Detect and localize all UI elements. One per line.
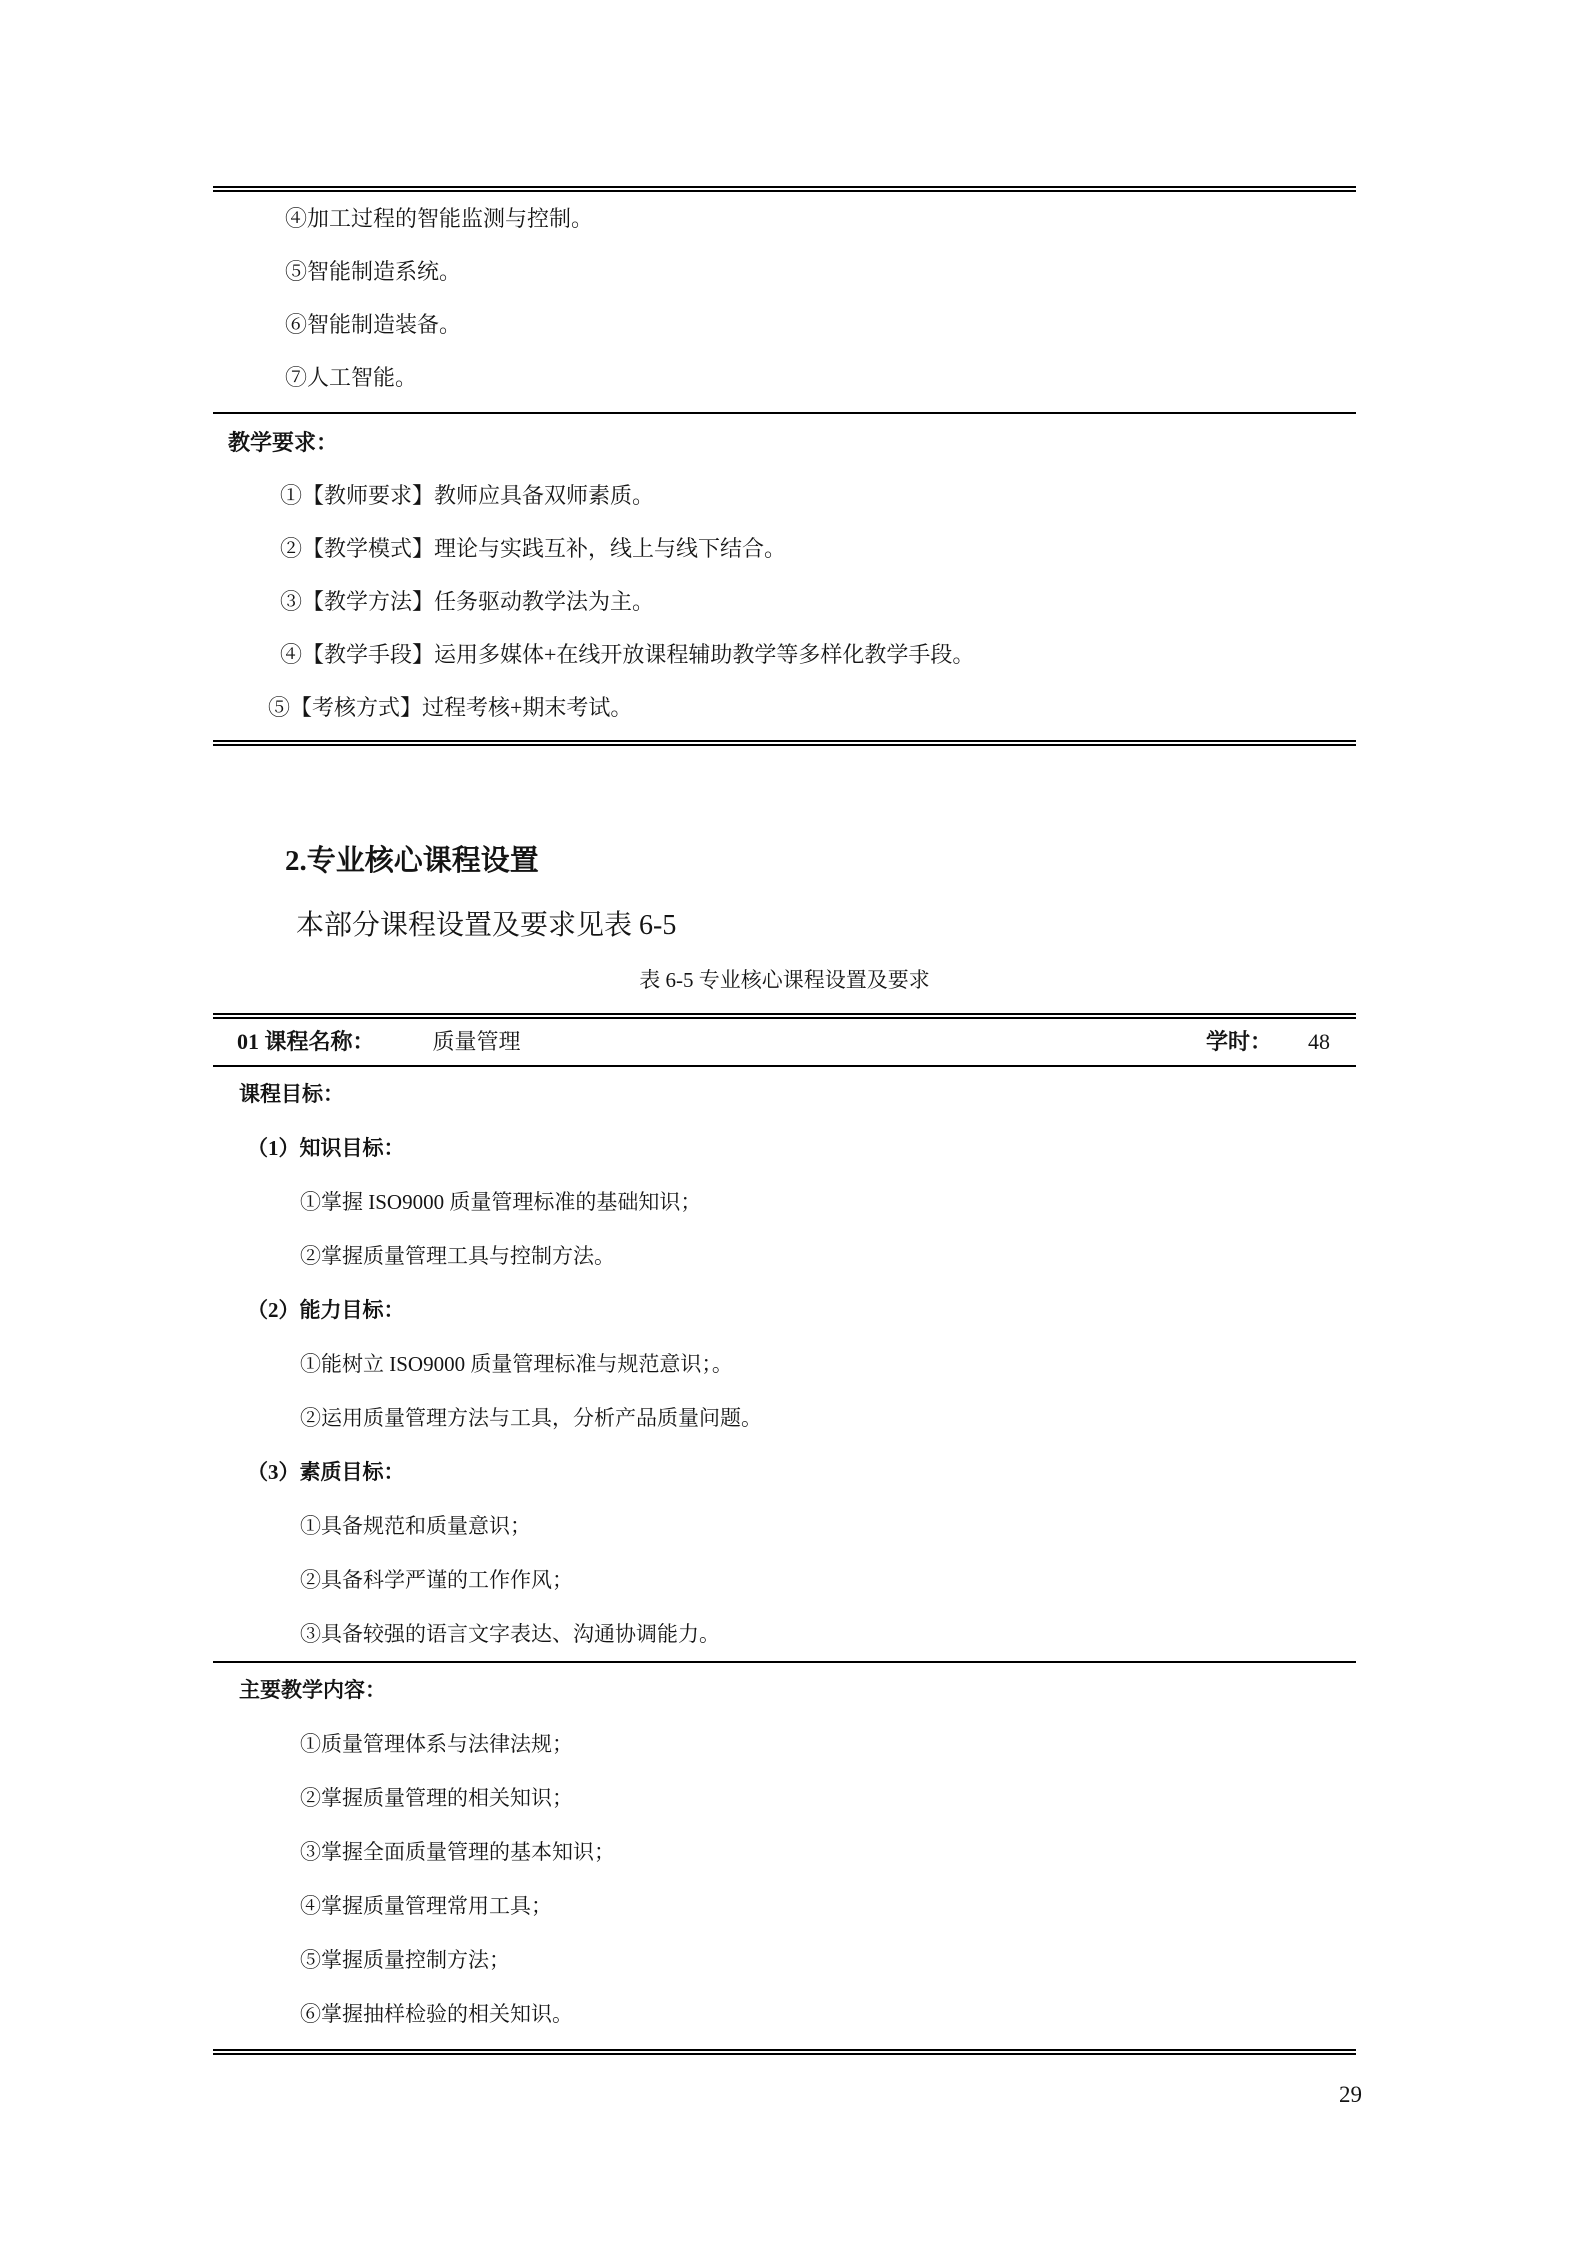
- course-no-label: 01 课程名称：: [237, 1029, 375, 1054]
- hours-label: 学时：: [1206, 1029, 1272, 1054]
- row-separator-line: [213, 412, 1356, 414]
- content-item: ⑤智能制造系统。: [213, 245, 1356, 298]
- course-header-right: 学时：48: [1206, 1019, 1330, 1065]
- requirement-item: ①【教师要求】教师应具备双师素质。: [213, 469, 1356, 522]
- objective-item: ②运用质量管理方法与工具，分析产品质量问题。: [213, 1391, 1356, 1445]
- requirement-item: ②【教学模式】理论与实践互补，线上与线下结合。: [213, 522, 1356, 575]
- teaching-content-item: ⑥掌握抽样检验的相关知识。: [213, 1987, 1356, 2041]
- course-header-left: 01 课程名称：质量管理: [237, 1019, 521, 1065]
- teaching-content-item: ⑤掌握质量控制方法；: [213, 1933, 1356, 1987]
- objective-group-title: （2）能力目标：: [213, 1283, 1356, 1337]
- objective-item: ③具备较强的语言文字表达、沟通协调能力。: [213, 1607, 1356, 1661]
- requirement-item: ④【教学手段】运用多媒体+在线开放课程辅助教学等多样化教学手段。: [213, 628, 1356, 681]
- table-caption: 表 6-5 专业核心课程设置及要求: [213, 963, 1356, 997]
- teaching-content-item: ③掌握全面质量管理的基本知识；: [213, 1825, 1356, 1879]
- document-page: ④加工过程的智能监测与控制。 ⑤智能制造系统。 ⑥智能制造装备。 ⑦人工智能。 …: [0, 0, 1587, 2245]
- course-table-header-row: 01 课程名称：质量管理 学时：48: [213, 1019, 1356, 1067]
- requirement-item: ③【教学方法】任务驱动教学法为主。: [213, 575, 1356, 628]
- document-content: ④加工过程的智能监测与控制。 ⑤智能制造系统。 ⑥智能制造装备。 ⑦人工智能。 …: [213, 186, 1356, 2055]
- objective-item: ①掌握 ISO9000 质量管理标准的基础知识；: [213, 1175, 1356, 1229]
- objective-group-title: （3）素质目标：: [213, 1445, 1356, 1499]
- content-item: ⑦人工智能。: [213, 351, 1356, 404]
- objective-item: ①能树立 ISO9000 质量管理标准与规范意识；。: [213, 1337, 1356, 1391]
- section-intro-paragraph: 本部分课程设置及要求见表 6-5: [213, 906, 1356, 946]
- teaching-requirements-label: 教学要求：: [213, 416, 1356, 469]
- objective-item: ①具备规范和质量意识；: [213, 1499, 1356, 1553]
- content-item: ④加工过程的智能监测与控制。: [213, 192, 1356, 245]
- teaching-content-label: 主要教学内容：: [213, 1663, 1356, 1717]
- previous-course-table-continuation: ④加工过程的智能监测与控制。 ⑤智能制造系统。 ⑥智能制造装备。 ⑦人工智能。 …: [213, 186, 1356, 746]
- objective-item: ②掌握质量管理工具与控制方法。: [213, 1229, 1356, 1283]
- content-item: ⑥智能制造装备。: [213, 298, 1356, 351]
- objectives-label: 课程目标：: [213, 1067, 1356, 1121]
- course-table-6-5: 01 课程名称：质量管理 学时：48 课程目标： （1）知识目标： ①掌握 IS…: [213, 1013, 1356, 2055]
- course-name: 质量管理: [433, 1029, 521, 1054]
- teaching-content-item: ④掌握质量管理常用工具；: [213, 1879, 1356, 1933]
- page-number: 29: [1339, 2082, 1362, 2108]
- objective-item: ②具备科学严谨的工作作风；: [213, 1553, 1356, 1607]
- requirement-item: ⑤【考核方式】过程考核+期末考试。: [213, 681, 1356, 734]
- section-heading: 2.专业核心课程设置: [213, 841, 1356, 881]
- hours-value: 48: [1308, 1029, 1330, 1054]
- objective-group-title: （1）知识目标：: [213, 1121, 1356, 1175]
- teaching-content-item: ①质量管理体系与法律法规；: [213, 1717, 1356, 1771]
- teaching-content-item: ②掌握质量管理的相关知识；: [213, 1771, 1356, 1825]
